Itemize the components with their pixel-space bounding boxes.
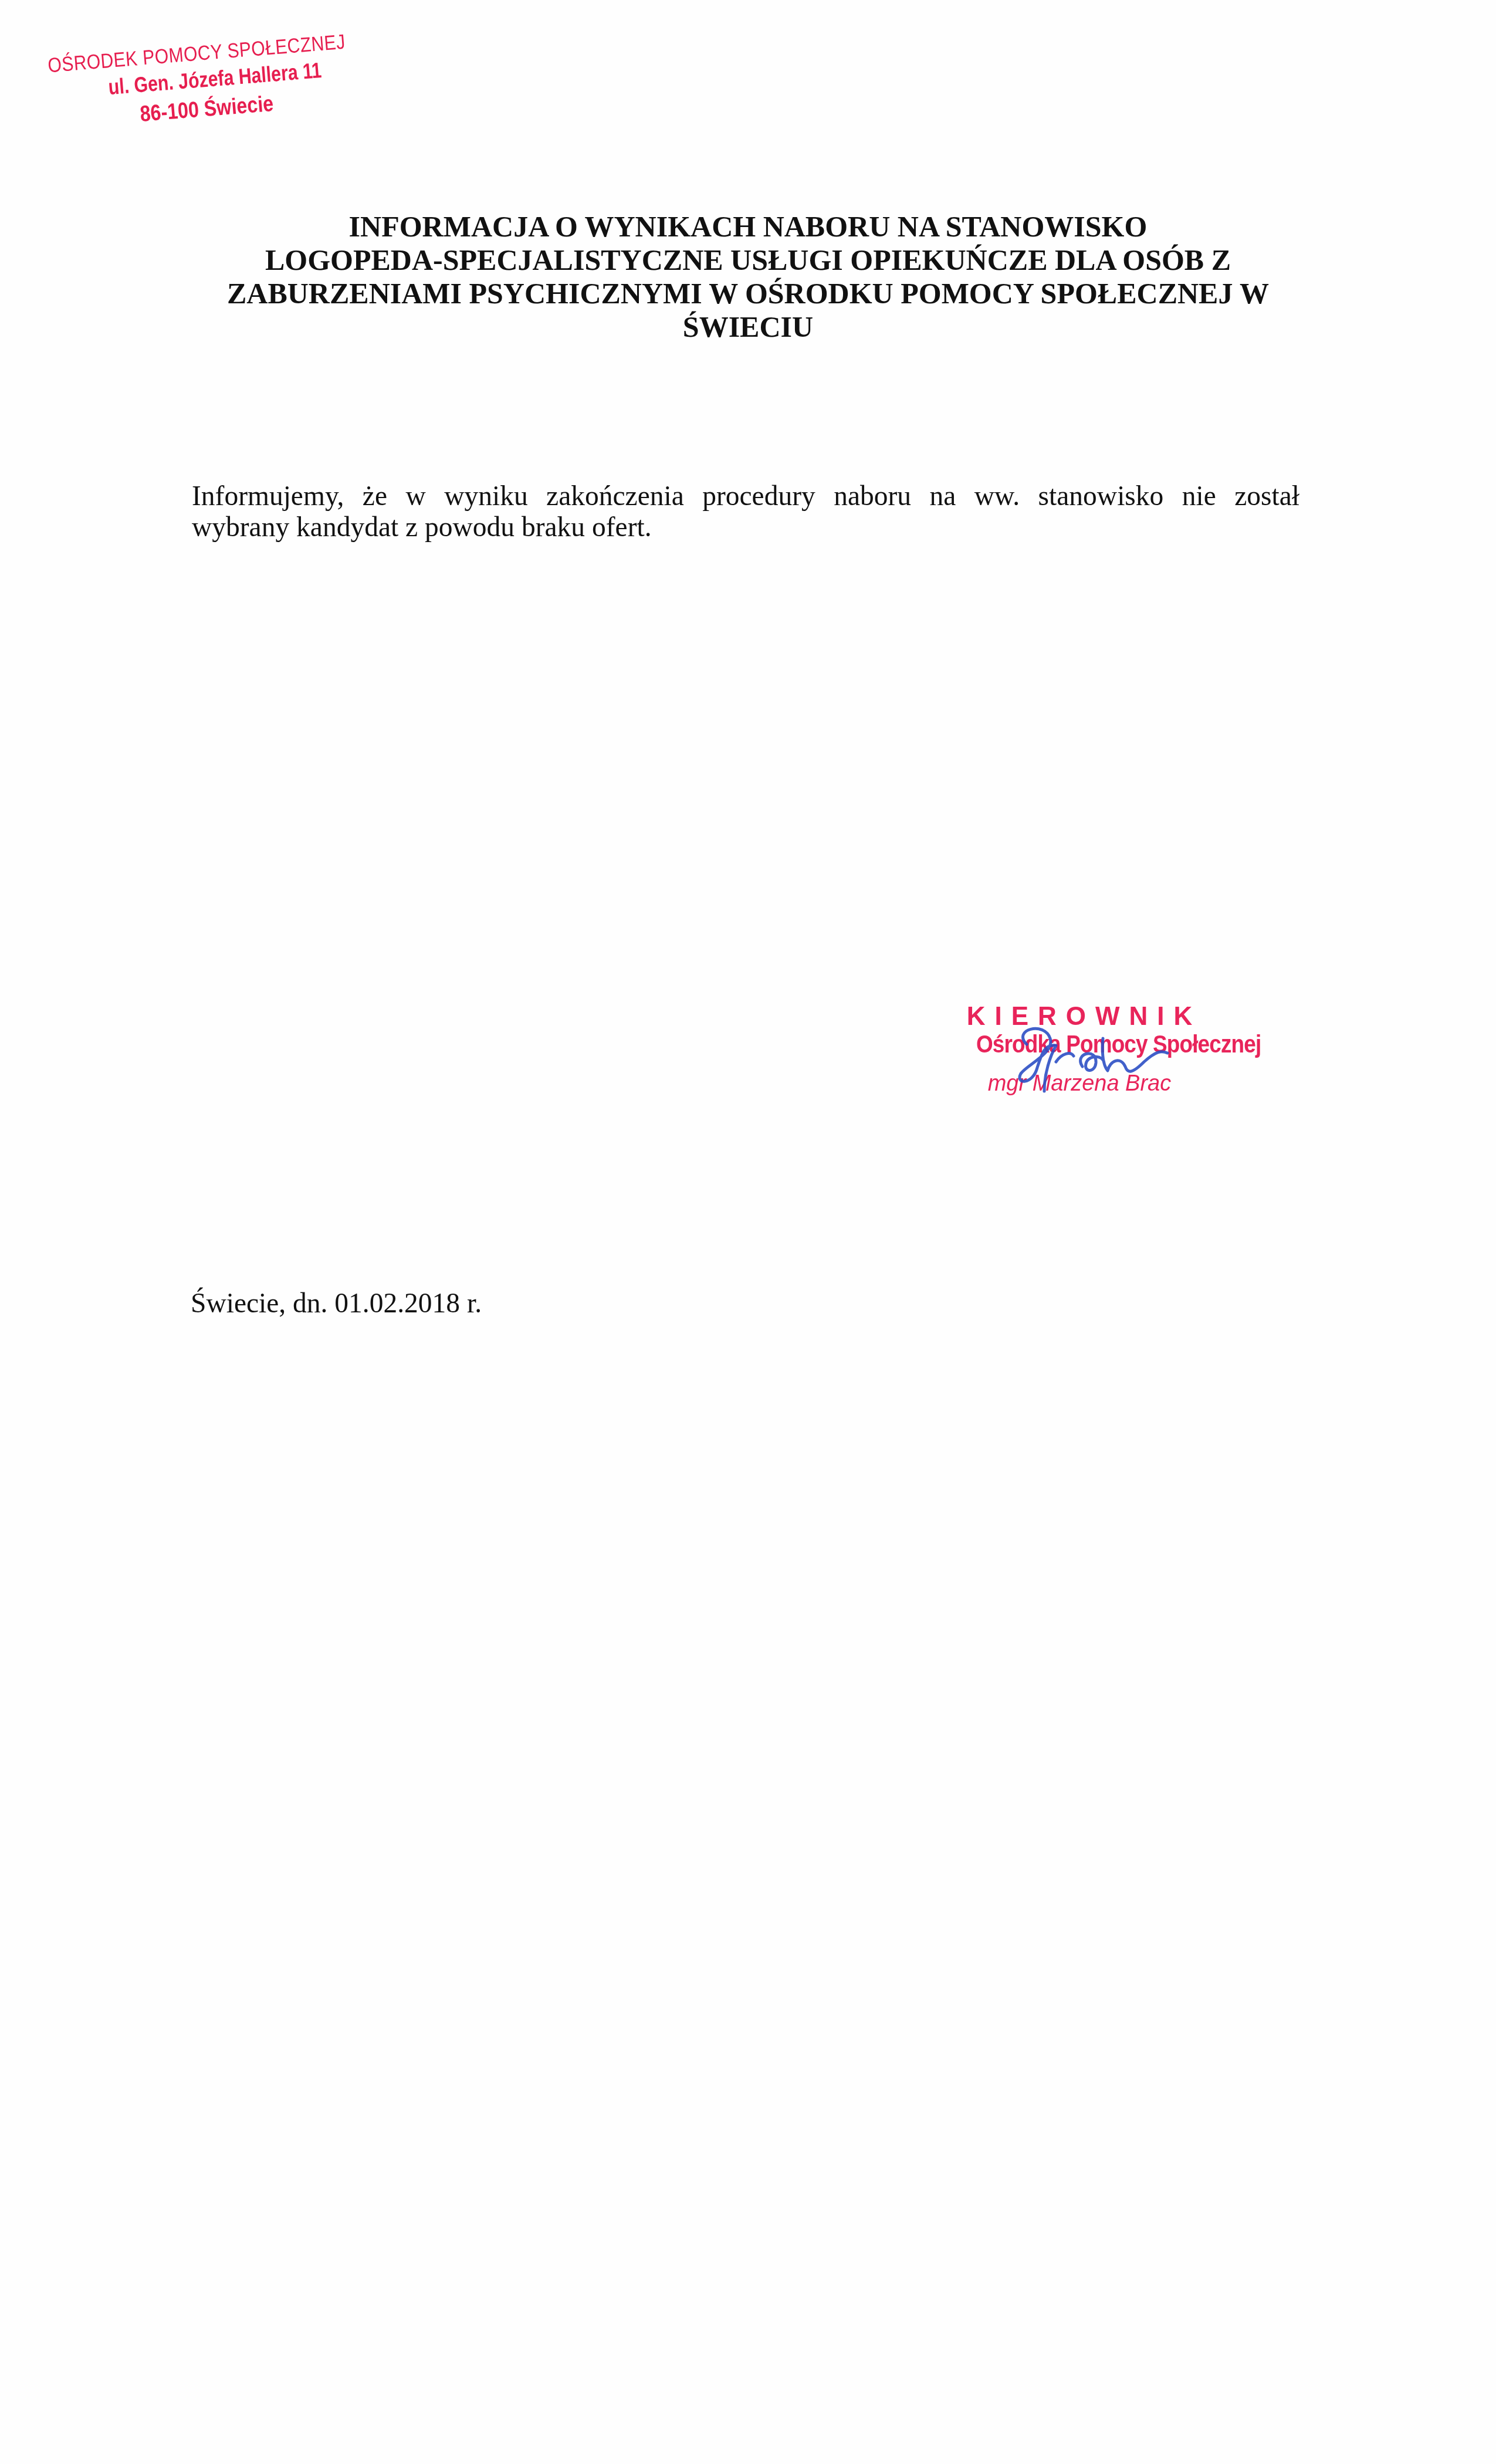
title-line: LOGOPEDA-SPECJALISTYCZNE USŁUGI OPIEKUŃC… — [161, 243, 1335, 277]
signature-stamp: KIEROWNIK Ośrodka Pomocy Społecznej mgr … — [956, 997, 1203, 1103]
title-line: INFORMACJA O WYNIKACH NABORU NA STANOWIS… — [161, 210, 1335, 243]
body-line: wybrany kandydat z powodu braku ofert. — [192, 512, 1299, 543]
institution-stamp: OŚRODEK POMOCY SPOŁECZNEJ ul. Gen. Józef… — [45, 4, 393, 142]
document-page: OŚRODEK POMOCY SPOŁECZNEJ ul. Gen. Józef… — [0, 0, 1496, 2464]
handwritten-signature-icon — [956, 997, 1203, 1103]
body-line: Informujemy, że w wyniku zakończenia pro… — [192, 481, 1299, 512]
title-line: ŚWIECIU — [161, 310, 1335, 344]
date-place-line: Świecie, dn. 01.02.2018 r. — [191, 1288, 482, 1319]
body-paragraph: Informujemy, że w wyniku zakończenia pro… — [192, 481, 1299, 543]
document-title: INFORMACJA O WYNIKACH NABORU NA STANOWIS… — [161, 210, 1335, 344]
title-line: ZABURZENIAMI PSYCHICZNYMI W OŚRODKU POMO… — [161, 277, 1335, 310]
